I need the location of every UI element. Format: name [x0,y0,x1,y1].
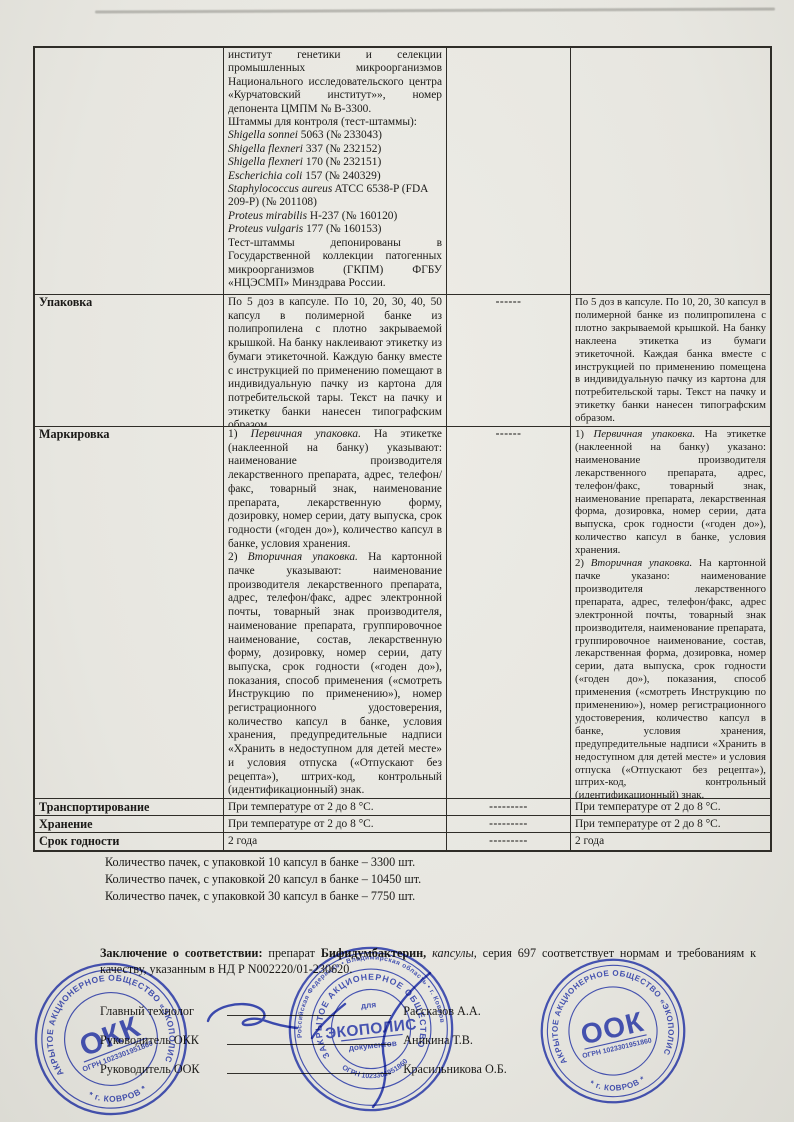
strain-item: Shigella flexneri 337 (№ 232152) [228,143,442,156]
stamp-ook: ЗАКРЫТОЕ АКЦИОНЕРНОЕ ОБЩЕСТВО «ЭКОПОЛИС»… [532,950,695,1113]
cell-storage-result: При температуре от 2 до 8 °С. [571,816,770,833]
cell-shelf-life-method: --------- [447,833,571,850]
svg-text:ЭКОПОЛИС: ЭКОПОЛИС [324,1016,417,1043]
scanned-document-page: институт генетики и селекции промышленны… [0,0,794,1122]
cell-storage-requirement: При температуре от 2 до 8 °С. [224,816,447,833]
marking-secondary-paragraph-result: 2) Вторичная упаковка. На картонной пачк… [575,557,766,799]
strain-item: Staphylococcus aureus ATCC 6538-P (FDA 2… [228,183,442,210]
cell-transport-method: --------- [447,799,571,816]
svg-text:документов: документов [348,1039,397,1053]
cell-shelf-life-requirement: 2 года [224,833,447,850]
cell-continuation-label [35,48,224,295]
scanner-artifact-streak [95,8,775,14]
marking-primary-paragraph-result: 1) Первичная упаковка. На этикетке (накл… [575,428,766,557]
cell-marking-requirement: 1) Первичная упаковка. На этикетке (накл… [224,427,447,799]
quantity-line: Количество пачек, с упаковкой 30 капсул … [105,888,421,905]
specification-table: институт генетики и селекции промышленны… [33,46,772,852]
cell-transport-result: При температуре от 2 до 8 °С. [571,799,770,816]
batch-quantities: Количество пачек, с упаковкой 10 капсул … [105,854,421,905]
stamp-okk-center: ОКК ОГРН 1023301951860 [69,1008,154,1074]
cell-continuation-requirements: институт генетики и селекции промышленны… [224,48,447,295]
marking-secondary-paragraph: 2) Вторичная упаковка. На картонной пачк… [228,551,442,798]
strain-item: Escherichia coli 157 (№ 240329) [228,170,442,183]
cell-packaging-requirement: По 5 доз в капсуле. По 10, 20, 30, 40, 5… [224,295,447,427]
row-label-transport: Транспортирование [35,799,224,816]
cell-packaging-result: По 5 доз в капсуле. По 10, 20, 30 капсул… [571,295,770,427]
cell-shelf-life-result: 2 года [571,833,770,850]
strain-item: Proteus vulgaris 177 (№ 160153) [228,223,442,236]
row-label-packaging: Упаковка [35,295,224,427]
row-label-storage: Хранение [35,816,224,833]
cell-continuation-method [447,48,571,295]
svg-text:* г. КОВРОВ *: * г. КОВРОВ * [86,1082,149,1107]
svg-text:ОГРН 1023301951860: ОГРН 1023301951860 [340,1057,411,1084]
strain-item: Shigella sonnei 5063 (№ 233043) [228,129,442,142]
marking-primary-paragraph: 1) Первичная упаковка. На этикетке (накл… [228,428,442,551]
strain-item: Shigella flexneri 170 (№ 232151) [228,156,442,169]
stamp-okk: ЗАКРЫТОЕ АКЦИОНЕРНОЕ ОБЩЕСТВО «ЭКОПОЛИС»… [23,951,199,1122]
cell-continuation-result [571,48,770,295]
cell-packaging-method: ------ [447,295,571,427]
cell-storage-method: --------- [447,816,571,833]
cell-transport-requirement: При температуре от 2 до 8 °С. [224,799,447,816]
strains-deposit-note: Тест-штаммы депонированы в Государственн… [228,237,442,291]
cell-marking-method: ------ [447,427,571,799]
row-label-marking: Маркировка [35,427,224,799]
quantity-line: Количество пачек, с упаковкой 10 капсул … [105,854,421,871]
stamp-ook-center: ООК ОГРН 1023301951860 [574,1005,652,1060]
strain-item: Proteus mirabilis H-237 (№ 160120) [228,210,442,223]
row-label-shelf-life: Срок годности [35,833,224,850]
svg-text:для: для [360,1000,376,1011]
strains-heading: Штаммы для контроля (тест-штаммы): [228,116,442,129]
cell-marking-result: 1) Первичная упаковка. На этикетке (накл… [571,427,770,799]
stamp-ecopolis-documents: Российская Федерация • Владимирская обла… [278,936,465,1122]
institute-text: институт генетики и селекции промышленны… [228,49,442,116]
quantity-line: Количество пачек, с упаковкой 20 капсул … [105,871,421,888]
